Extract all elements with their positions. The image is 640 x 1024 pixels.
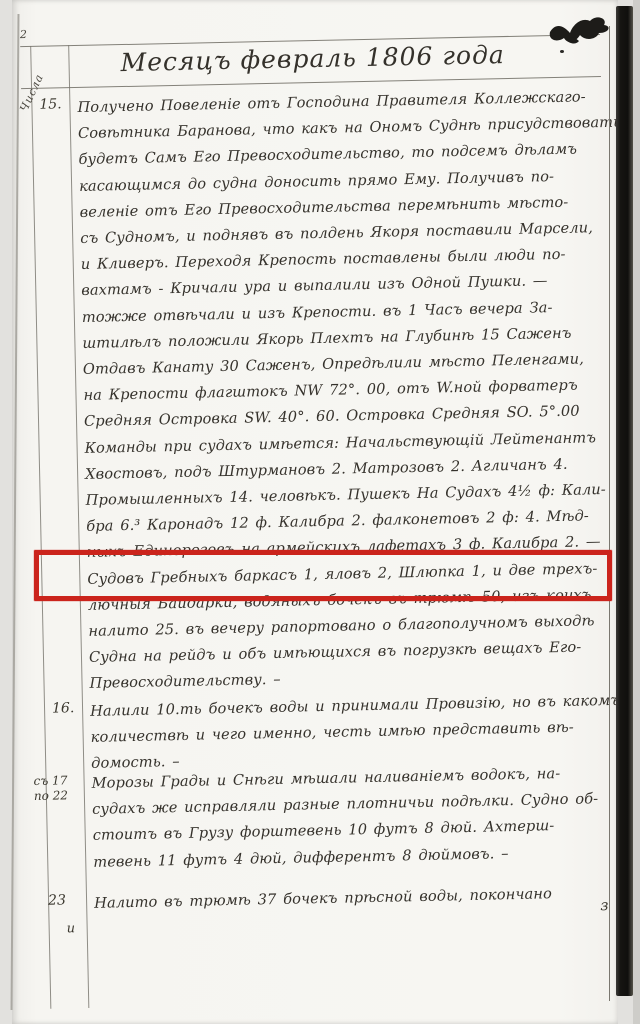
day-number-text: по 22 (34, 788, 68, 804)
entry-day-number: 16. (52, 701, 75, 716)
ink-speck (560, 50, 564, 53)
day-number-text: 16. (52, 701, 75, 716)
day-number-text: съ 17 (33, 773, 67, 789)
entry-day-number: съ 17по 22 (33, 773, 68, 804)
right-margin-rule (609, 26, 610, 1001)
rule-line-margin-outer (30, 46, 51, 1009)
day-number-text: 23 (48, 893, 66, 908)
binding-edge (616, 6, 633, 996)
entry-day-number: 15. (39, 97, 62, 112)
corner-mark: 2 (20, 28, 27, 41)
page-title: Месяцъ февраль 1806 года (120, 41, 481, 78)
ink-blot (546, 10, 616, 50)
scan-edge (633, 0, 640, 1024)
entry-day-number: 23 (48, 893, 66, 908)
bottom-right-mark: з (600, 896, 609, 914)
entry-text: Налито въ трюмѣ 37 бочекъ прѣсной воды, … (94, 880, 620, 917)
entry-text: Морозы Грады и Снѣги мѣшали наливаніемъ … (91, 760, 619, 876)
log-entry: 23Налито въ трюмѣ 37 бочекъ прѣсной воды… (8, 879, 640, 892)
log-entry: 15.Получено Повеленіе отъ Господина Прав… (0, 83, 631, 96)
logbook-table: 2 Числа Месяцъ февраль 1806 года 15.Полу… (0, 0, 640, 1024)
bottom-left-mark: и (67, 921, 76, 936)
highlight-box (34, 550, 612, 601)
entry-text: Получено Повеленіе отъ Господина Правите… (77, 84, 616, 698)
day-number-text: 15. (39, 97, 62, 112)
manuscript-line: Налито въ трюмѣ 37 бочекъ прѣсной воды, … (94, 880, 620, 917)
